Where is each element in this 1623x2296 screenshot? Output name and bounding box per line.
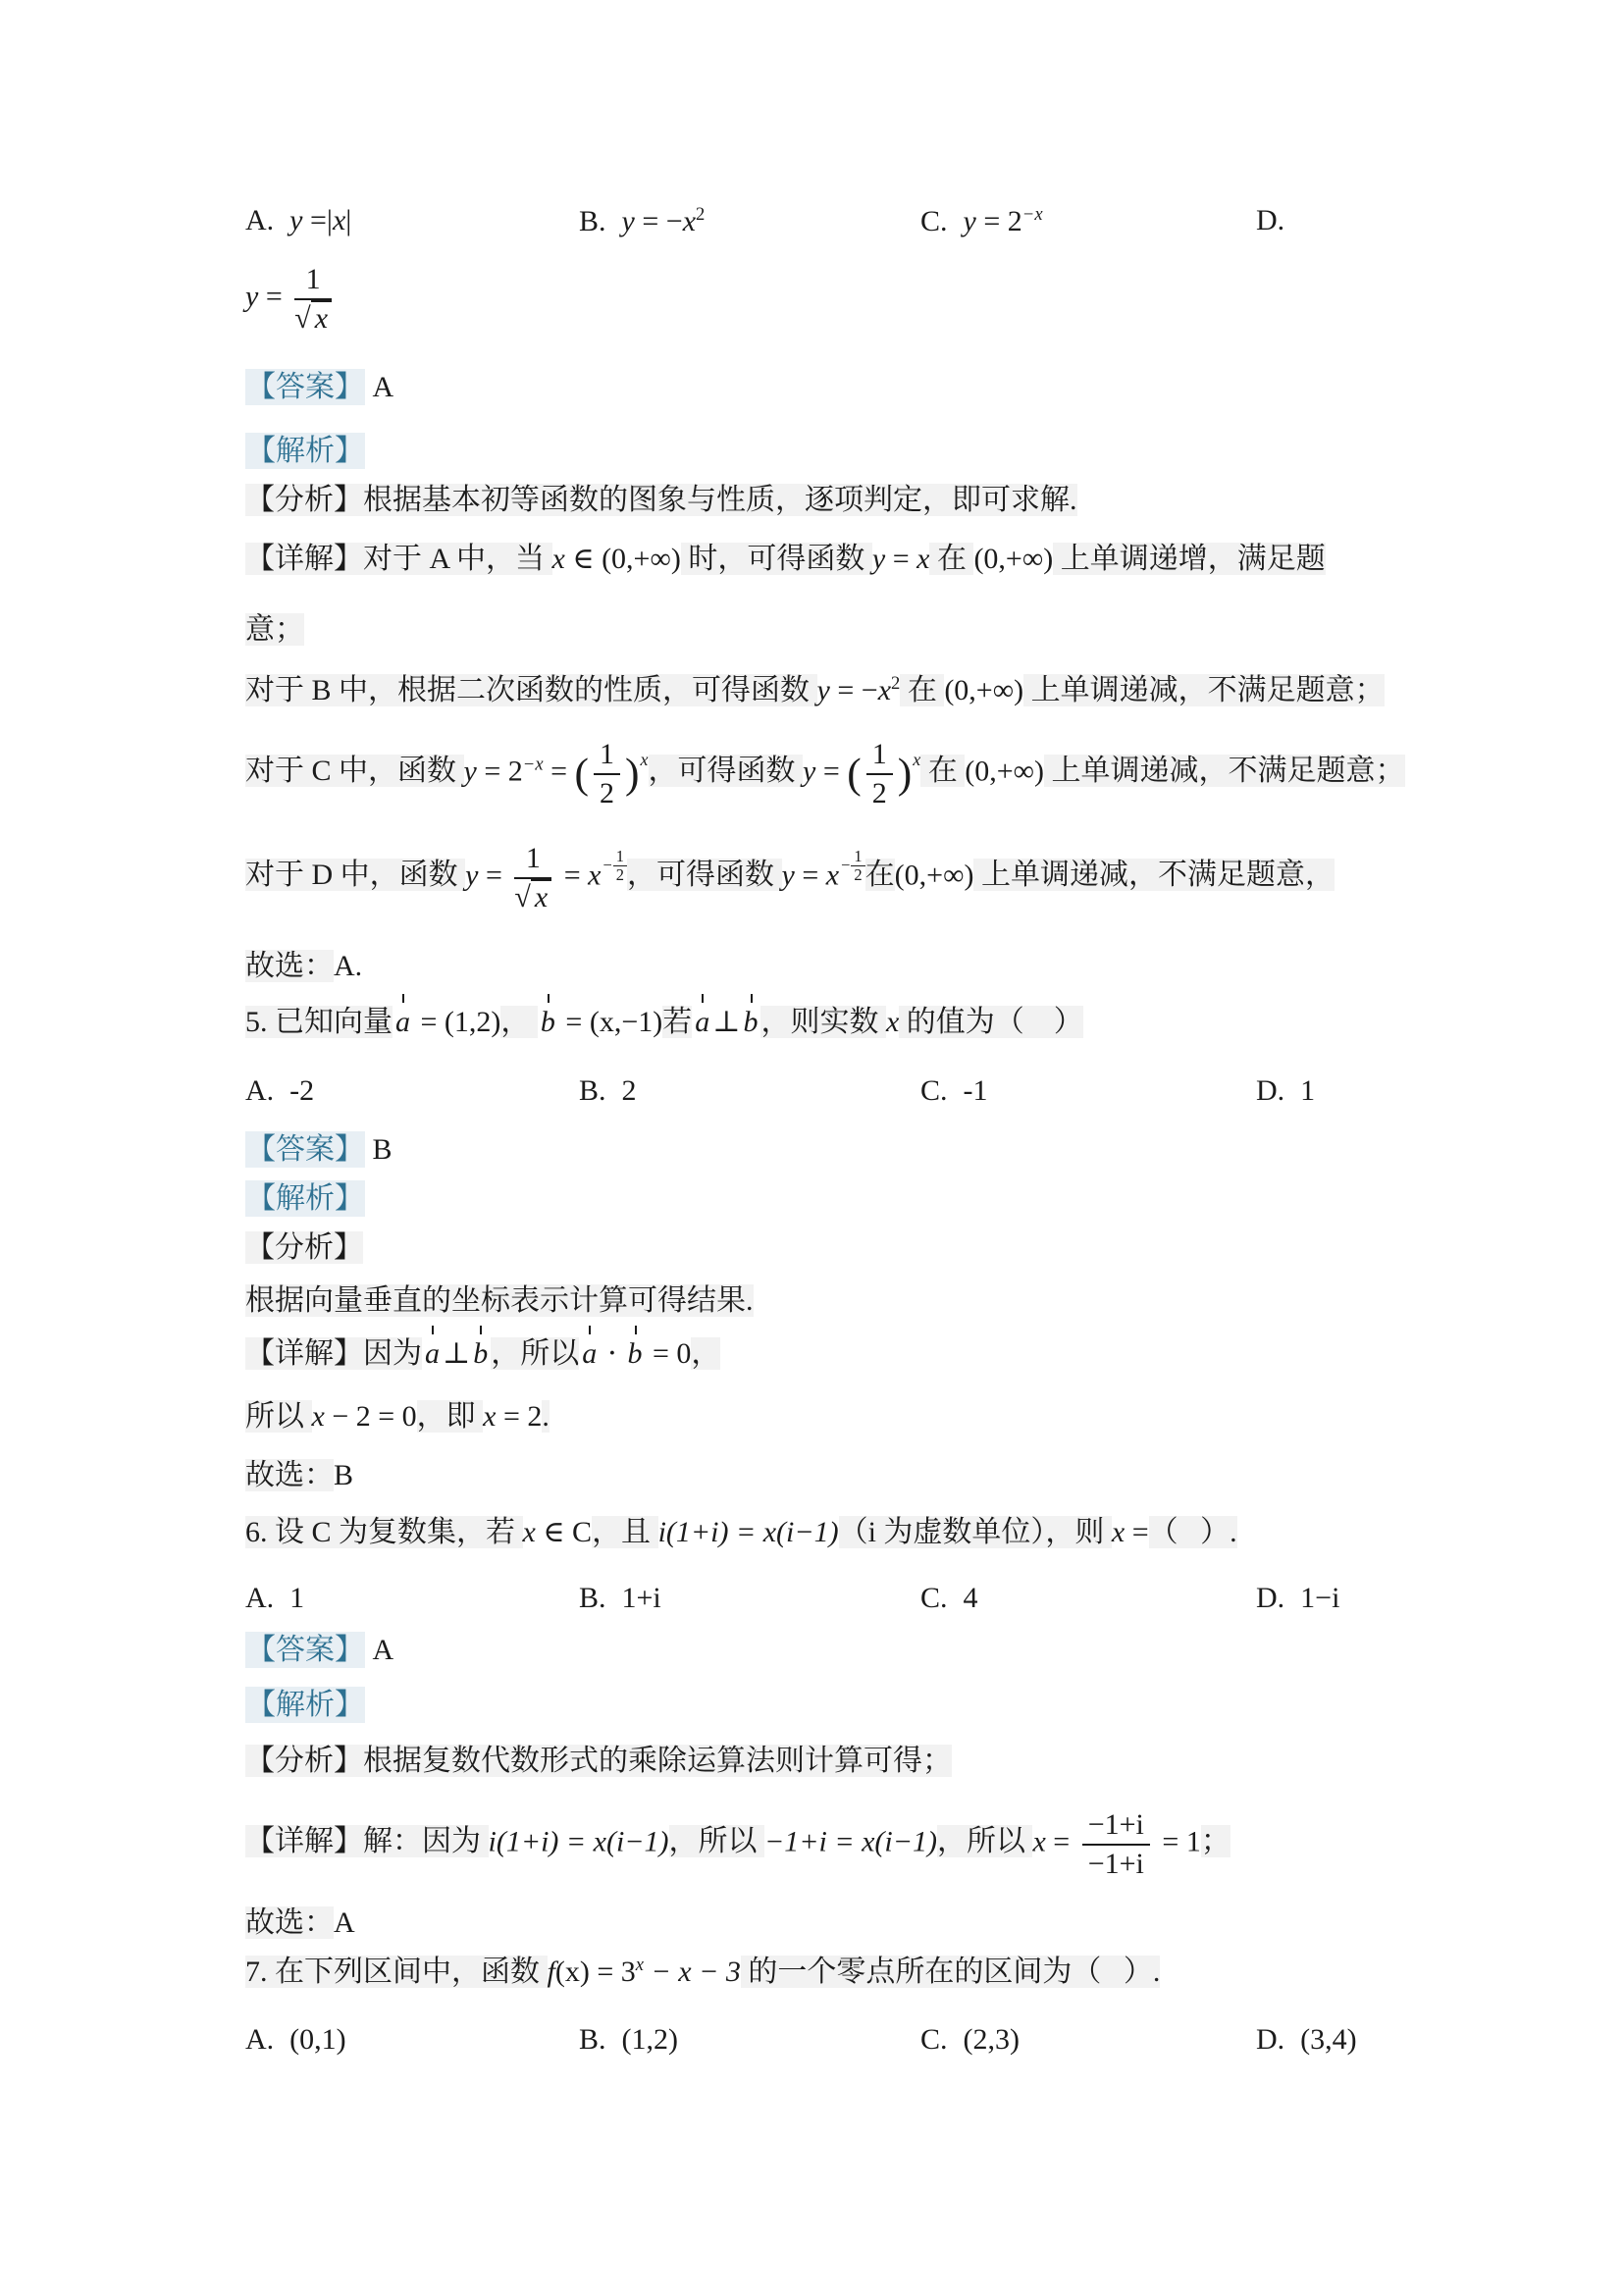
- answer-value: B: [373, 1133, 393, 1166]
- math-interval: (0,+∞): [973, 543, 1053, 575]
- math-expression: −1+i = x(i−1): [764, 1825, 937, 1857]
- math-var: x: [588, 859, 601, 891]
- math-var: y: [817, 674, 830, 706]
- math-base: 2: [1008, 205, 1022, 237]
- text-run: 根据向量垂直的坐标表示计算可得结果.: [245, 1284, 754, 1317]
- fraction-numerator: 1: [514, 842, 551, 879]
- math-var: y: [872, 543, 885, 575]
- math-var: y: [464, 755, 477, 787]
- math-interval: (0,+∞): [965, 755, 1044, 787]
- math-op: ∈: [565, 543, 602, 575]
- math-var: y: [622, 205, 635, 237]
- choose-label: 故选：: [245, 1459, 334, 1491]
- text-run: 上单调递减，不满足题意；: [1023, 674, 1385, 706]
- q4-option-a: A.y =|x|: [245, 204, 351, 237]
- jiexi-tag: 【解析】: [245, 433, 365, 469]
- fraction: −1+i−1+i: [1082, 1808, 1150, 1880]
- vector-b: b: [628, 1334, 643, 1373]
- q7-option-c: C.(2,3): [920, 2023, 1020, 2057]
- fraction: 1√x: [294, 263, 332, 335]
- q4-jiexi-line: 【解析】: [245, 432, 1492, 470]
- text-run: 6. 设 C 为复数集，若: [245, 1516, 523, 1548]
- math-op: =: [556, 859, 588, 891]
- q6-option-d: D.1−i: [1256, 1582, 1339, 1615]
- math-interval: (0,+∞): [944, 674, 1023, 706]
- jiexi-tag: 【解析】: [245, 1687, 365, 1723]
- fraction-numerator: −1+i: [1082, 1808, 1150, 1846]
- option-label: A.: [245, 1582, 274, 1614]
- text-run: 对于 D 中，函数: [245, 859, 465, 891]
- option-label: B.: [579, 1074, 606, 1107]
- radical-sign: √: [294, 302, 310, 335]
- text-run: ，即: [417, 1400, 484, 1433]
- mini-fraction: 12: [851, 848, 864, 884]
- q5-fenxi-line: 【分析】: [245, 1228, 1492, 1267]
- math-op: =: [1046, 1825, 1077, 1857]
- math-exponent: 2: [696, 204, 705, 225]
- answer-tag: 【答案】: [245, 1632, 365, 1668]
- q6-jiexi-line: 【解析】: [245, 1686, 1492, 1724]
- option-value: 2: [622, 1074, 637, 1107]
- math-op: =: [815, 755, 847, 787]
- q4-choose-line: 故选：A.: [245, 947, 1492, 985]
- text-run: 对于 B 中，根据二次函数的性质，可得函数: [245, 674, 817, 706]
- math-op: =: [258, 280, 289, 312]
- math-exponent: x: [641, 750, 649, 769]
- q5-fenxi-text: 根据向量垂直的坐标表示计算可得结果.: [245, 1281, 1492, 1320]
- fraction: 12: [594, 738, 620, 809]
- mini-fraction: 12: [613, 848, 627, 884]
- option-value: -1: [964, 1074, 988, 1107]
- math-var: x: [886, 1006, 899, 1038]
- vector-b: b: [541, 1003, 555, 1041]
- option-value: (3,4): [1300, 2023, 1356, 2056]
- math-op: =: [544, 755, 575, 787]
- q5-option-d: D.1: [1256, 1074, 1315, 1108]
- dot-operator: ⋅: [600, 1337, 624, 1370]
- fraction: 1√x: [514, 842, 551, 913]
- q4-option-c: C.y = 2−x: [920, 204, 1043, 238]
- math-minus: −: [602, 855, 611, 875]
- choose-label: 故选：: [245, 950, 334, 982]
- math-base: 3: [621, 1956, 636, 1988]
- fenxi-label: 【分析】: [245, 1231, 363, 1264]
- text-run: ，所以: [937, 1825, 1033, 1857]
- paren-close: ): [898, 751, 913, 798]
- q5-option-c: C.-1: [920, 1074, 988, 1108]
- fraction: 12: [866, 738, 893, 809]
- option-label: C.: [920, 205, 948, 237]
- math-var: y: [782, 859, 795, 891]
- math-op: =: [590, 1956, 621, 1988]
- text-run: ；: [1201, 1825, 1230, 1857]
- q5-detail-1: 【详解】因为a⊥b，所以a ⋅ b = 0，: [245, 1334, 1492, 1373]
- text-run: 时，可得函数: [681, 543, 872, 575]
- q5-options-row: A.-2 B.2 C.-1 D.1: [245, 1074, 1492, 1125]
- math-arg: (x): [555, 1956, 590, 1988]
- vector-b: b: [743, 1003, 758, 1041]
- answer-value: A: [373, 371, 394, 403]
- paren-open: (: [847, 751, 862, 798]
- fraction-denominator: 2: [866, 775, 893, 810]
- text-run: ，: [691, 1337, 720, 1370]
- text-run: 在: [900, 674, 944, 706]
- text-run: 上单调递减，不满足题意，: [973, 859, 1335, 891]
- math-expression: i(1+i) = x(i−1): [489, 1825, 669, 1857]
- math-var: y: [245, 280, 258, 312]
- text-run: 在: [920, 755, 965, 787]
- math-minus: −: [841, 855, 850, 875]
- q4-detail-a: 【详解】对于 A 中，当 x ∈ (0,+∞) 时，可得函数 y = x 在 (…: [245, 540, 1492, 578]
- math-var: x: [333, 204, 345, 236]
- q4-detail-a-wrap: 意；: [245, 610, 1492, 649]
- math-op: ∈ C: [536, 1516, 592, 1548]
- text-run: ，所以: [669, 1825, 765, 1857]
- math-op: =: [885, 543, 916, 575]
- q5-choose-line: 故选：B: [245, 1456, 1492, 1494]
- option-label: C.: [920, 2023, 948, 2056]
- math-var: x: [683, 205, 696, 237]
- option-value: (0,1): [289, 2023, 345, 2056]
- text-run: 的一个零点所在的区间为（ ）.: [741, 1956, 1161, 1988]
- option-value: 4: [964, 1582, 978, 1614]
- option-label: B.: [579, 2023, 606, 2056]
- option-value: 1: [1300, 1074, 1315, 1107]
- q4-option-b: B.y = −x2: [579, 204, 705, 238]
- text-run: ，且: [592, 1516, 658, 1548]
- text-run: ，所以: [491, 1337, 579, 1370]
- fenxi-text: 【分析】根据复数代数形式的乘除运算法则计算可得；: [245, 1745, 952, 1777]
- q7-stem: 7. 在下列区间中，函数 f(x) = 3x − x − 3 的一个零点所在的区…: [245, 1953, 1492, 1991]
- math-var: x: [1112, 1516, 1125, 1548]
- q6-answer-line: 【答案】 A: [245, 1631, 1492, 1669]
- text-run: ，可得函数: [627, 859, 782, 891]
- text-run: 若: [662, 1006, 692, 1038]
- vector-b: b: [473, 1334, 488, 1373]
- exponent-fraction: −12: [602, 848, 627, 884]
- math-exponent: 2: [891, 673, 900, 694]
- text-run: 在: [865, 859, 895, 891]
- text-run: ，: [500, 1006, 538, 1038]
- radicand: x: [311, 300, 332, 335]
- math-op: − 2 = 0: [325, 1400, 417, 1433]
- q5-detail-2: 所以 x − 2 = 0，即 x = 2.: [245, 1397, 1492, 1435]
- math-exponent: −x: [523, 754, 544, 774]
- option-label: A.: [245, 1074, 274, 1107]
- option-label: C.: [920, 1074, 948, 1107]
- math-var: x: [312, 1400, 325, 1433]
- fraction-denominator: 2: [613, 866, 627, 884]
- option-label: D.: [1256, 204, 1284, 236]
- q6-option-b: B.1+i: [579, 1582, 661, 1615]
- text-run: 在: [929, 543, 973, 575]
- math-var: x: [552, 543, 565, 575]
- math-value: (1,2): [445, 1006, 500, 1038]
- math-op: =: [795, 859, 826, 891]
- option-value: -2: [289, 1074, 314, 1107]
- math-interval: (0,+∞): [602, 543, 681, 575]
- q5-option-a: A.-2: [245, 1074, 314, 1108]
- math-exponent: x: [913, 750, 920, 769]
- math-var: x: [916, 543, 929, 575]
- option-value: 1+i: [622, 1582, 661, 1614]
- q4-fenxi-line: 【分析】根据基本初等函数的图象与性质，逐项判定，即可求解.: [245, 481, 1492, 519]
- math-value: (x,−1): [590, 1006, 662, 1038]
- math-tail: − x − 3: [644, 1956, 741, 1988]
- text-run: 上单调递减，不满足题意；: [1044, 755, 1405, 787]
- math-var: y: [289, 204, 302, 236]
- text-run: （i 为虚数单位），则: [839, 1516, 1112, 1548]
- choose-value: B: [334, 1459, 353, 1491]
- q4-option-d: D.: [1256, 204, 1300, 237]
- option-label: D.: [1256, 1074, 1284, 1107]
- option-value: (1,2): [622, 2023, 678, 2056]
- text-run: ，可得函数: [649, 755, 804, 787]
- text-run: 7. 在下列区间中，函数: [245, 1956, 548, 1988]
- math-op: =: [976, 205, 1008, 237]
- math-op: =: [413, 1006, 445, 1038]
- fraction-numerator: 1: [851, 848, 864, 866]
- q7-option-b: B.(1,2): [579, 2023, 678, 2057]
- q4-answer-line: 【答案】 A: [245, 368, 1492, 406]
- q4-detail-d: 对于 D 中，函数 y = 1√x = x−12，可得函数 y = x−12在(…: [245, 842, 1492, 913]
- perp-symbol: ⊥: [712, 1006, 740, 1038]
- perp-symbol: ⊥: [443, 1337, 470, 1370]
- fraction-denominator: 2: [594, 775, 620, 810]
- option-label: D.: [1256, 2023, 1284, 2056]
- text-run: 的值为（ ）: [899, 1006, 1083, 1038]
- vector-a: a: [582, 1334, 597, 1373]
- q5-stem: 5. 已知向量a = (1,2)， b = (x,−1)若a⊥b，则实数 x 的…: [245, 1003, 1492, 1041]
- fraction-denominator: √x: [294, 300, 332, 336]
- fraction-numerator: 1: [294, 263, 332, 300]
- q5-jiexi-line: 【解析】: [245, 1179, 1492, 1218]
- option-label: B.: [579, 1582, 606, 1614]
- answer-tag: 【答案】: [245, 1131, 365, 1168]
- option-value: 1: [289, 1582, 304, 1614]
- option-label: C.: [920, 1582, 948, 1614]
- exponent-fraction: −12: [841, 848, 865, 884]
- fraction-denominator: −1+i: [1082, 1846, 1150, 1881]
- math-exponent: −x: [1022, 204, 1043, 225]
- text-run: （ ）.: [1149, 1516, 1237, 1548]
- q4-detail-b: 对于 B 中，根据二次函数的性质，可得函数 y = −x2 在 (0,+∞) 上…: [245, 671, 1492, 709]
- math-op: = 0: [646, 1337, 692, 1370]
- fraction-numerator: 1: [866, 738, 893, 775]
- q6-stem: 6. 设 C 为复数集，若 x ∈ C，且 i(1+i) = x(i−1)（i …: [245, 1513, 1492, 1551]
- math-op: =: [477, 755, 508, 787]
- q5-option-b: B.2: [579, 1074, 637, 1108]
- option-value: (2,3): [964, 2023, 1020, 2056]
- fraction-numerator: 1: [594, 738, 620, 775]
- math-op: =: [558, 1006, 590, 1038]
- math-var: x: [523, 1516, 536, 1548]
- q6-fenxi-line: 【分析】根据复数代数形式的乘除运算法则计算可得；: [245, 1742, 1492, 1780]
- math-var: y: [803, 755, 815, 787]
- text-run: 【详解】因为: [245, 1337, 422, 1370]
- math-op: =: [479, 859, 510, 891]
- q7-option-a: A.(0,1): [245, 2023, 346, 2057]
- q7-options-row: A.(0,1) B.(1,2) C.(2,3) D.(3,4): [245, 2023, 1492, 2074]
- fraction-denominator: 2: [851, 866, 864, 884]
- paren-close: ): [625, 751, 640, 798]
- paren-open: (: [575, 751, 590, 798]
- document-page: A.y =|x| B.y = −x2 C.y = 2−x D. y = 1√x …: [0, 0, 1623, 2296]
- math-base: 2: [508, 755, 523, 787]
- choose-value: A: [334, 1906, 355, 1939]
- math-op: =: [1125, 1516, 1148, 1548]
- q6-options-row: A.1 B.1+i C.4 D.1−i: [245, 1582, 1492, 1633]
- q5-answer-line: 【答案】 B: [245, 1130, 1492, 1169]
- answer-value: A: [373, 1634, 394, 1666]
- q4-option-d-formula: y = 1√x: [245, 263, 1492, 335]
- math-var: y: [465, 859, 478, 891]
- text-run: 意；: [245, 613, 304, 646]
- math-var: x: [483, 1400, 496, 1433]
- math-interval: (0,+∞): [895, 859, 974, 891]
- fraction-denominator: √x: [514, 879, 551, 914]
- text-run: .: [542, 1400, 550, 1433]
- text-run: 【详解】解：因为: [245, 1825, 489, 1857]
- text-run: 对于 C 中，函数: [245, 755, 464, 787]
- math-op: = 1: [1155, 1825, 1201, 1857]
- q6-option-a: A.1: [245, 1582, 304, 1615]
- radical-sign: √: [514, 881, 530, 913]
- math-op: =|: [303, 204, 333, 236]
- fenxi-text: 【分析】根据基本初等函数的图象与性质，逐项判定，即可求解.: [245, 484, 1077, 516]
- jiexi-tag: 【解析】: [245, 1180, 365, 1217]
- choose-value: A.: [334, 950, 362, 982]
- vector-a: a: [425, 1334, 440, 1373]
- math-var: f: [548, 1956, 555, 1988]
- vector-a: a: [695, 1003, 709, 1041]
- text-run: 所以: [245, 1400, 312, 1433]
- math-var: x: [878, 674, 891, 706]
- math-var: y: [964, 205, 976, 237]
- q6-detail: 【详解】解：因为 i(1+i) = x(i−1)，所以 −1+i = x(i−1…: [245, 1808, 1492, 1880]
- math-op: |: [345, 204, 351, 236]
- q4-detail-c: 对于 C 中，函数 y = 2−x = (12)x，可得函数 y = (12)x…: [245, 738, 1492, 809]
- q7-option-d: D.(3,4): [1256, 2023, 1357, 2057]
- math-var: x: [1032, 1825, 1045, 1857]
- vector-a: a: [395, 1003, 410, 1041]
- option-value: 1−i: [1300, 1582, 1339, 1614]
- math-op: = 2: [497, 1400, 543, 1433]
- text-run: 5. 已知向量: [245, 1006, 393, 1038]
- radicand: x: [531, 879, 551, 913]
- text-run: 【详解】对于 A 中，当: [245, 543, 552, 575]
- option-label: A.: [245, 204, 274, 236]
- q6-choose-line: 故选：A: [245, 1904, 1492, 1942]
- fraction-numerator: 1: [613, 848, 627, 866]
- math-exponent: x: [636, 1955, 644, 1975]
- option-label: D.: [1256, 1582, 1284, 1614]
- math-var: x: [826, 859, 839, 891]
- answer-tag: 【答案】: [245, 369, 365, 405]
- text-run: 上单调递增，满足题: [1053, 543, 1326, 575]
- choose-label: 故选：: [245, 1906, 334, 1939]
- q6-option-c: C.4: [920, 1582, 978, 1615]
- q4-options-row: A.y =|x| B.y = −x2 C.y = 2−x D.: [245, 204, 1492, 255]
- option-label: A.: [245, 2023, 274, 2056]
- option-label: B.: [579, 205, 606, 237]
- text-run: ，则实数: [760, 1006, 886, 1038]
- math-op: = −: [635, 205, 683, 237]
- math-expression: i(1+i) = x(i−1): [658, 1516, 839, 1548]
- math-op: = −: [830, 674, 878, 706]
